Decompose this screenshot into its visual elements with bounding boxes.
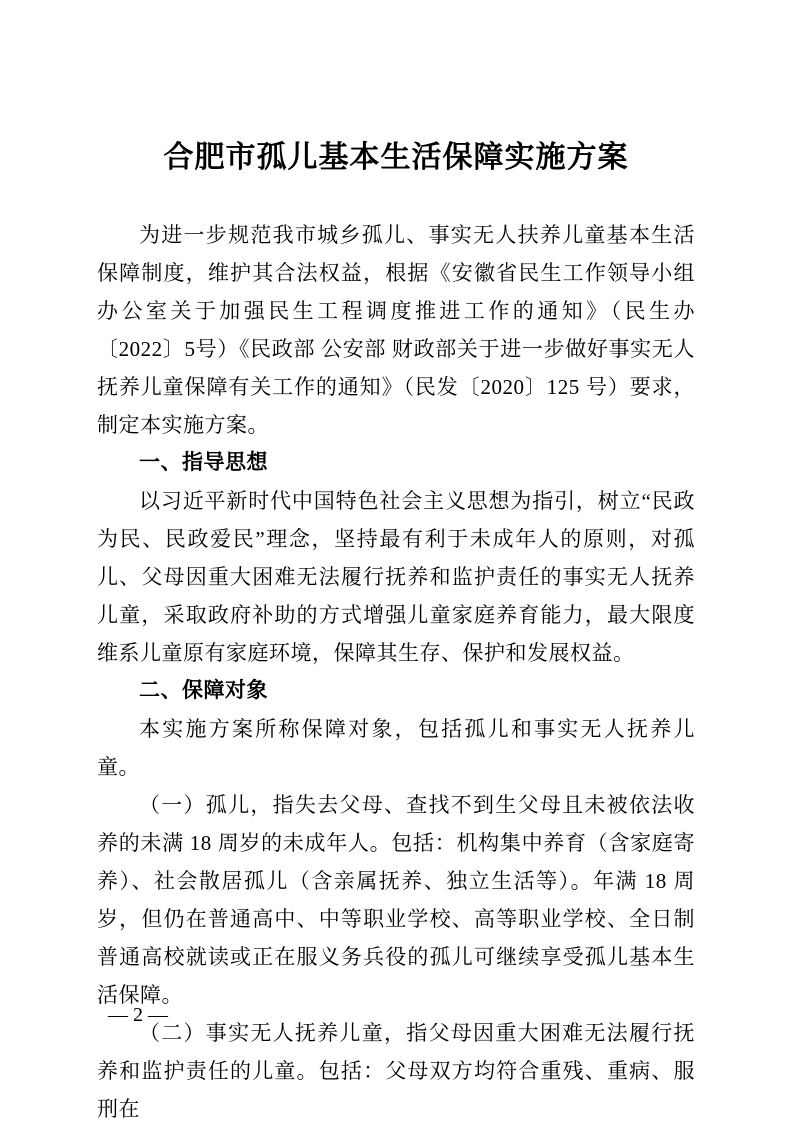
paragraph-intro: 为进一步规范我市城乡孤儿、事实无人扶养儿童基本生活保障制度，维护其合法权益，根据… — [97, 216, 695, 444]
paragraph-coverage-overview: 本实施方案所称保障对象，包括孤儿和事实无人抚养儿童。 — [97, 710, 695, 786]
page-number: — 2 — — [108, 1000, 168, 1030]
paragraph-orphan-definition: （一）孤儿，指失去父母、查找不到生父母且未被依法收养的未满 18 周岁的未成年人… — [97, 786, 695, 1014]
section-heading-1: 一、指导思想 — [97, 444, 695, 482]
document-page: 合肥市孤儿基本生活保障实施方案 为进一步规范我市城乡孤儿、事实无人扶养儿童基本生… — [0, 0, 793, 1122]
document-title: 合肥市孤儿基本生活保障实施方案 — [97, 136, 695, 180]
paragraph-guiding-ideology: 以习近平新时代中国特色社会主义思想为指引，树立“民政为民、民政爱民”理念，坚持最… — [97, 482, 695, 672]
paragraph-de-facto-unsupported-children: （二）事实无人抚养儿童，指父母因重大困难无法履行抚养和监护责任的儿童。包括：父母… — [97, 1014, 695, 1122]
section-heading-2: 二、保障对象 — [97, 672, 695, 710]
document-content: 合肥市孤儿基本生活保障实施方案 为进一步规范我市城乡孤儿、事实无人扶养儿童基本生… — [97, 136, 695, 1122]
